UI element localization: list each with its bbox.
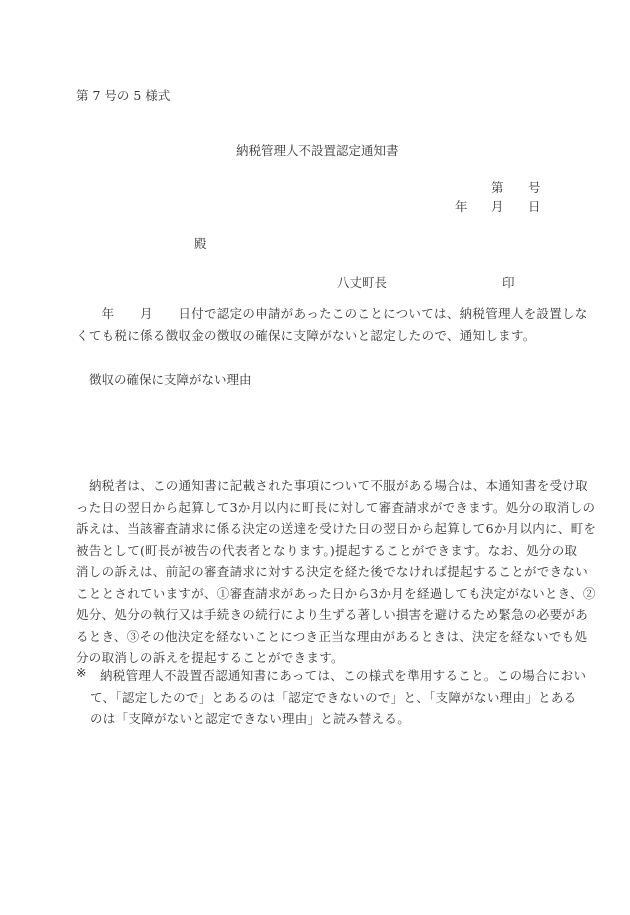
note-line: のは「支障がないと認定できない理由」と読み替える。	[90, 708, 554, 730]
addressee-suffix: 殿	[194, 234, 207, 252]
date-month: 月	[491, 197, 504, 215]
date-year: 年	[455, 197, 468, 215]
number-prefix: 第	[491, 178, 504, 196]
date-day: 日	[528, 197, 541, 215]
issuer-name: 八丈町長	[337, 273, 387, 291]
appeal-line: 納税者は、この通知書に記載された事項について不服がある場合は、本通知書を受け取	[76, 475, 554, 497]
appeal-line: るとき、③その他決定を経ないことにつき正当な理由があるときは、決定を経ないでも処	[76, 626, 554, 648]
appeal-line: った日の翌日から起算して3か月以内に町長に対して審査請求ができます。処分の取消し…	[76, 497, 554, 519]
appeal-notice: 納税者は、この通知書に記載された事項について不服がある場合は、本通知書を受け取 …	[76, 475, 554, 669]
note-mark: ※	[76, 665, 86, 680]
notification-body: 年 月 日付で認定の申請があったこのことについては、納税管理人を設置しな くても…	[76, 303, 554, 346]
appeal-line: 被告として(町長が被告の代表者となります。)提起することができます。なお、処分の…	[76, 540, 554, 562]
note-line: て、「認定したので」とあるのは「認定できないので」と、「支障がない理由」とある	[90, 687, 554, 709]
number-suffix: 号	[528, 178, 541, 196]
note-line: 納税管理人不設置否認通知書にあっては、この様式を準用すること。この場合におい	[100, 665, 554, 687]
body-line: 年 月 日付で認定の申請があったこのことについては、納税管理人を設置しな	[76, 303, 554, 325]
appeal-line: 処分、処分の執行又は手続きの続行により生ずる著しい損害を避けるため緊急の必要があ	[76, 604, 554, 626]
note-text: 納税管理人不設置否認通知書にあっては、この様式を準用すること。この場合におい	[100, 665, 554, 687]
appeal-line: 消しの訴えは、前記の審査請求に対する決定を経た後でなければ提起することができない	[76, 561, 554, 583]
appeal-line: 訴えは、当該審査請求に係る決定の送達を受けた日の翌日から起算して6か月以内に、町…	[76, 518, 554, 540]
reason-heading: 徴収の確保に支障がない理由	[89, 370, 252, 388]
note-text-cont: て、「認定したので」とあるのは「認定できないので」と、「支障がない理由」とある …	[90, 687, 554, 730]
seal-mark: 印	[502, 273, 515, 291]
form-number: 第 7 号の 5 様式	[76, 86, 170, 104]
body-line: くても税に係る徴収金の徴収の確保に支障がないと認定したので、通知します。	[76, 325, 554, 347]
appeal-line: こととされていますが、①審査請求があった日から3か月を経過しても決定がないとき、…	[76, 583, 554, 605]
document-title: 納税管理人不設置認定通知書	[236, 141, 399, 159]
